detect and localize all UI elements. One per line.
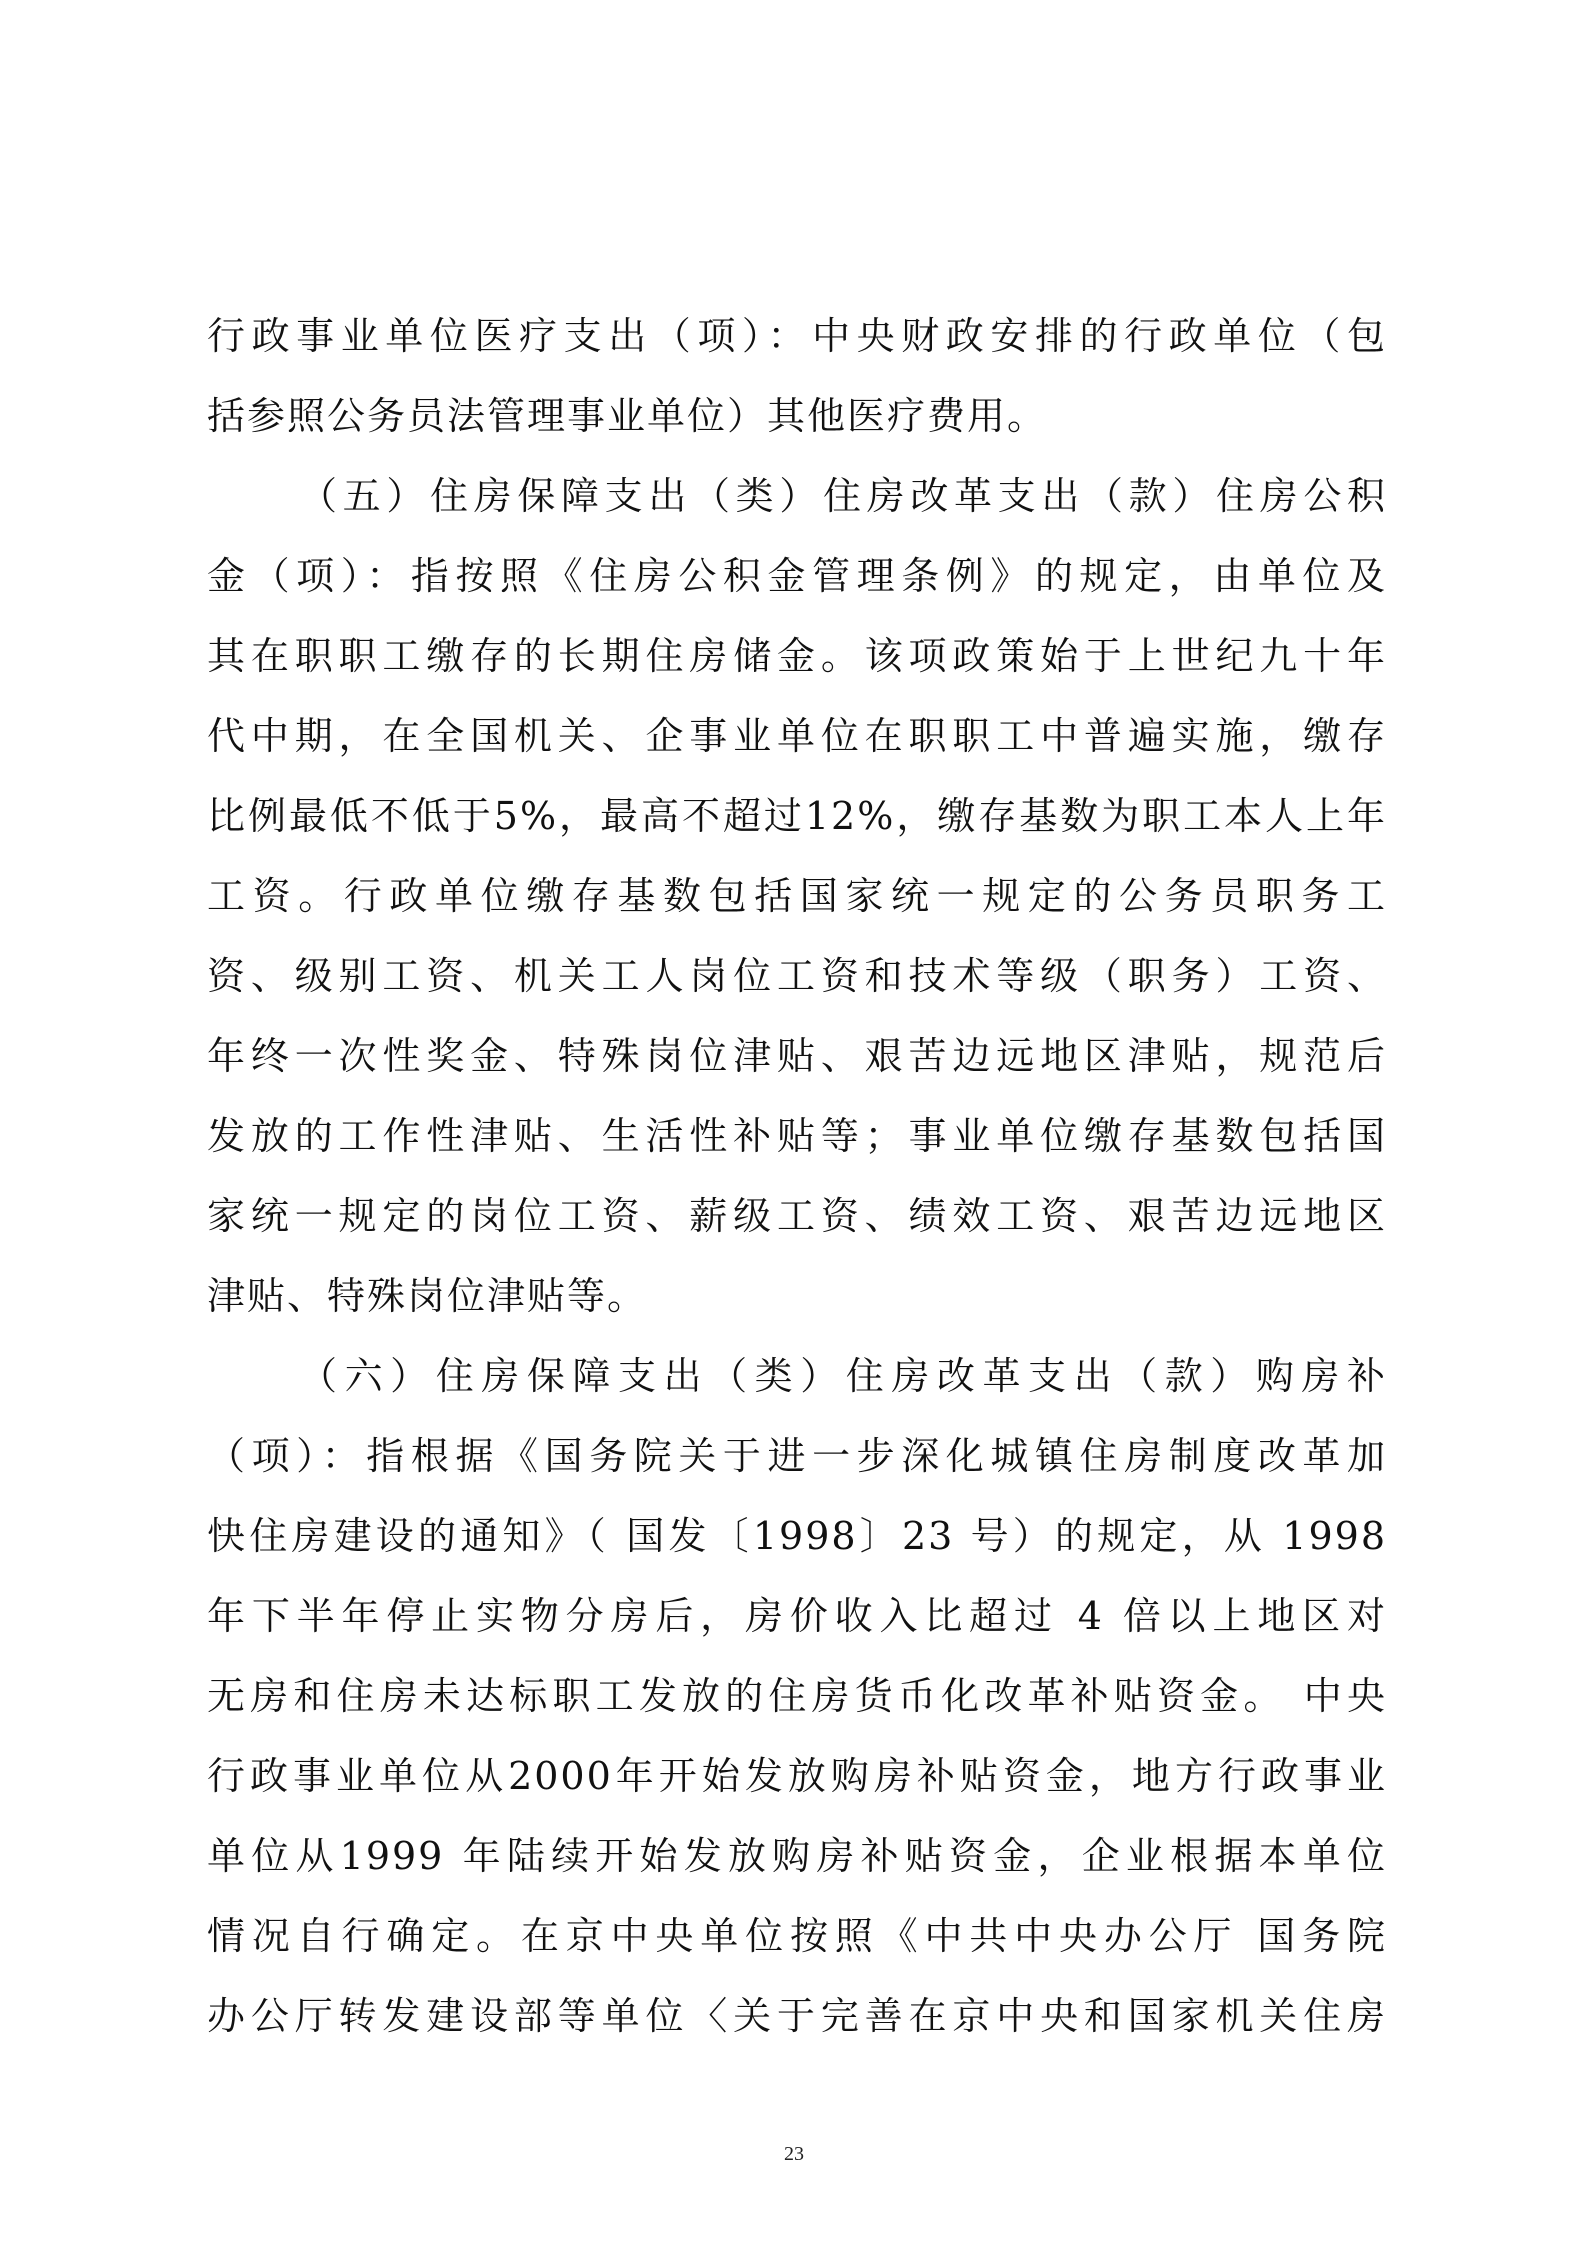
text-line: 工资。行政单位缴存基数包括国家统一规定的公务员职务工	[207, 856, 1387, 936]
text-line: 年下半年停止实物分房后，房价收入比超过 4 倍以上地区对	[207, 1576, 1387, 1656]
page-number: 23	[0, 2143, 1588, 2166]
text-line: 金（项）：指按照《住房公积金管理条例》的规定，由单位及	[207, 536, 1387, 616]
text-line: 括参照公务员法管理事业单位）其他医疗费用。	[207, 376, 1387, 456]
text-line: 快住房建设的通知》（ 国发〔1998〕23 号）的规定，从 1998	[207, 1496, 1387, 1576]
text-line: 办公厅转发建设部等单位〈关于完善在京中央和国家机关住房	[207, 1976, 1387, 2056]
text-line: 其在职职工缴存的长期住房储金。该项政策始于上世纪九十年	[207, 616, 1387, 696]
text-line: 行政事业单位从2000年开始发放购房补贴资金，地方行政事业	[207, 1736, 1387, 1816]
paragraph-housing-provident-fund: （五）住房保障支出（类）住房改革支出（款）住房公积 金（项）：指按照《住房公积金…	[207, 456, 1387, 1336]
text-line: 家统一规定的岗位工资、薪级工资、绩效工资、艰苦边远地区	[207, 1176, 1387, 1256]
document-page: 行政事业单位医疗支出（项）：中央财政安排的行政单位（包 括参照公务员法管理事业单…	[0, 0, 1588, 2245]
text-line: 行政事业单位医疗支出（项）：中央财政安排的行政单位（包	[207, 296, 1387, 376]
text-line: 无房和住房未达标职工发放的住房货币化改革补贴资金。 中央	[207, 1656, 1387, 1736]
paragraph-medical-expenditure: 行政事业单位医疗支出（项）：中央财政安排的行政单位（包 括参照公务员法管理事业单…	[207, 296, 1387, 456]
text-line: （项）：指根据《国务院关于进一步深化城镇住房制度改革加	[207, 1416, 1387, 1496]
text-line: 发放的工作性津贴、生活性补贴等；事业单位缴存基数包括国	[207, 1096, 1387, 1176]
text-line: 年终一次性奖金、特殊岗位津贴、艰苦边远地区津贴，规范后	[207, 1016, 1387, 1096]
text-line: 津贴、特殊岗位津贴等。	[207, 1256, 1387, 1336]
text-line: 代中期，在全国机关、企事业单位在职职工中普遍实施，缴存	[207, 696, 1387, 776]
body-text: 行政事业单位医疗支出（项）：中央财政安排的行政单位（包 括参照公务员法管理事业单…	[207, 296, 1387, 2056]
text-line: 单位从1999 年陆续开始发放购房补贴资金，企业根据本单位	[207, 1816, 1387, 1896]
text-line: 情况自行确定。在京中央单位按照《中共中央办公厅 国务院	[207, 1896, 1387, 1976]
text-line: 资、级别工资、机关工人岗位工资和技术等级（职务）工资、	[207, 936, 1387, 1016]
text-line: 比例最低不低于5%，最高不超过12%，缴存基数为职工本人上年	[207, 776, 1387, 856]
paragraph-housing-purchase-subsidy: （六）住房保障支出（类）住房改革支出（款）购房补 （项）：指根据《国务院关于进一…	[207, 1336, 1387, 2056]
section-heading-line: （五）住房保障支出（类）住房改革支出（款）住房公积	[207, 456, 1387, 536]
section-heading-line: （六）住房保障支出（类）住房改革支出（款）购房补	[207, 1336, 1387, 1416]
